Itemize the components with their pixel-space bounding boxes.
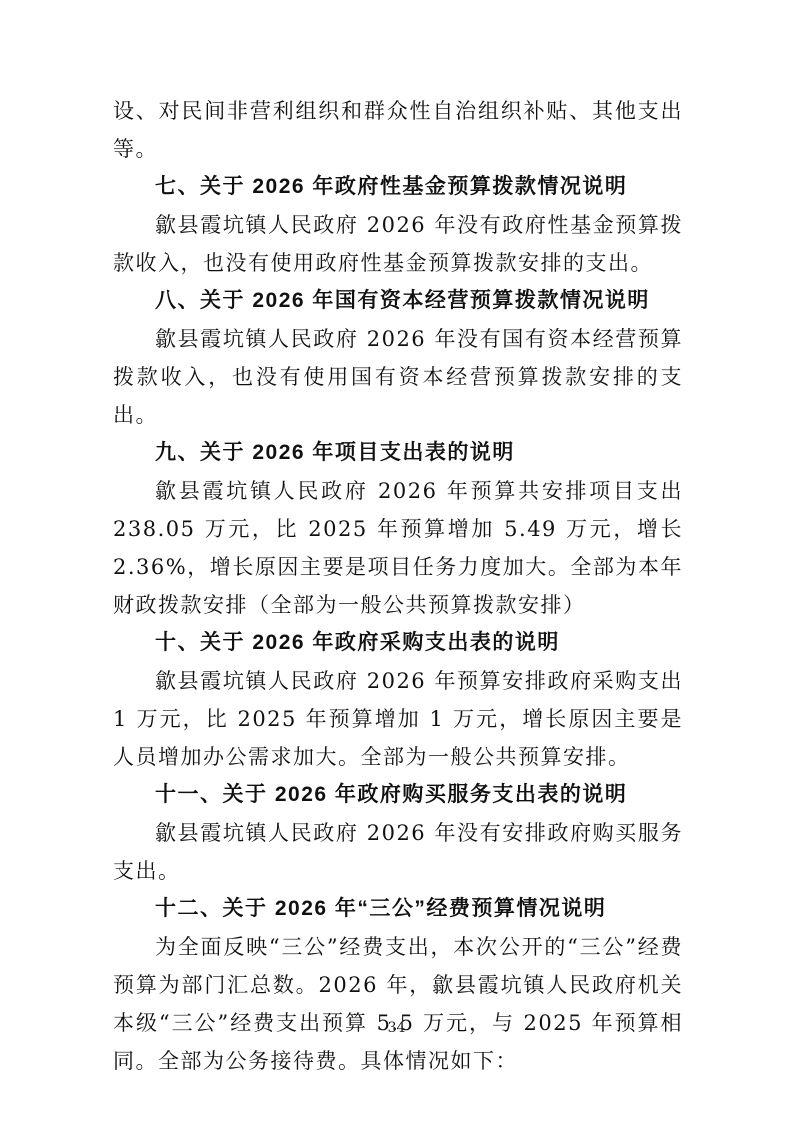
section-heading-10: 十、关于 2026 年政府采购支出表的说明 — [113, 624, 683, 662]
section-heading-8: 八、关于 2026 年国有资本经营预算拨款情况说明 — [113, 282, 683, 320]
document-content: 设、对民间非营利组织和群众性自治组织补贴、其他支出等。 七、关于 2026 年政… — [113, 92, 683, 1080]
document-page: 设、对民间非营利组织和群众性自治组织补贴、其他支出等。 七、关于 2026 年政… — [0, 0, 793, 1122]
paragraph: 歙县霞坑镇人民政府 2026 年没有安排政府购买服务支出。 — [113, 814, 683, 890]
paragraph: 歙县霞坑镇人民政府 2026 年预算共安排项目支出 238.05 万元，比 20… — [113, 472, 683, 624]
paragraph: 歙县霞坑镇人民政府 2026 年没有国有资本经营预算拨款收入，也没有使用国有资本… — [113, 320, 683, 434]
page-number: 34 — [0, 1020, 793, 1036]
section-heading-12: 十二、关于 2026 年“三公”经费预算情况说明 — [113, 890, 683, 928]
section-heading-7: 七、关于 2026 年政府性基金预算拨款情况说明 — [113, 168, 683, 206]
section-heading-11: 十一、关于 2026 年政府购买服务支出表的说明 — [113, 776, 683, 814]
paragraph: 歙县霞坑镇人民政府 2026 年预算安排政府采购支出 1 万元，比 2025 年… — [113, 662, 683, 776]
paragraph: 为全面反映“三公”经费支出，本次公开的“三公”经费预算为部门汇总数。2026 年… — [113, 928, 683, 1080]
paragraph: 歙县霞坑镇人民政府 2026 年没有政府性基金预算拨款收入，也没有使用政府性基金… — [113, 206, 683, 282]
section-heading-9: 九、关于 2026 年项目支出表的说明 — [113, 434, 683, 472]
paragraph-continued: 设、对民间非营利组织和群众性自治组织补贴、其他支出等。 — [113, 92, 683, 168]
